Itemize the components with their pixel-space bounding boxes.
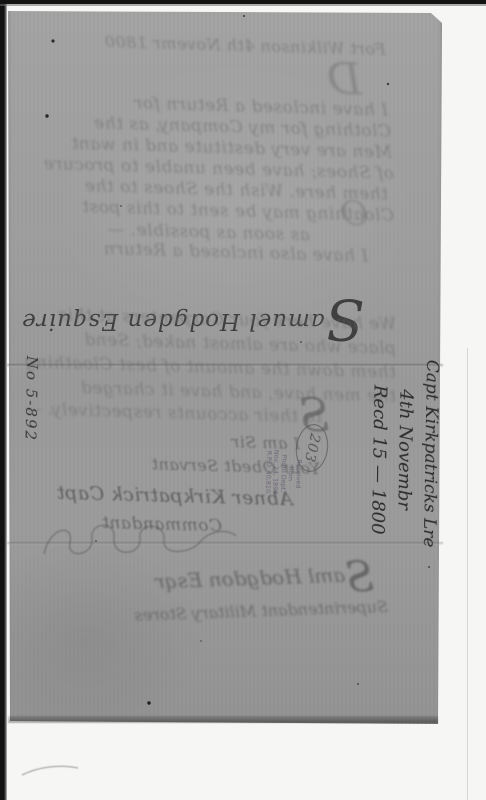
pencil-loop-flourish <box>40 516 240 562</box>
docket-sender-line: Capt Kirkpatricks Lre <box>415 360 445 600</box>
mirrored-address-capital: S <box>344 552 374 602</box>
scan-frame-left <box>0 0 7 800</box>
bleedthrough-loop-mark: O <box>339 194 368 235</box>
pencil-mark <box>20 760 82 780</box>
paper-bottom-edge <box>8 716 438 723</box>
received-stamp: Received from Photo Dept. Nov. 24, 1894.… <box>260 436 303 511</box>
docket-date-line: 4th Novembr <box>389 359 419 599</box>
scanned-document-view: Fort Wilkinson 4th Novemr 1800 D I have … <box>0 0 486 800</box>
bleedthrough-salutation-flourish: D <box>325 54 362 106</box>
archive-number: No 5-892 <box>21 356 41 488</box>
oval-stamp-number: 203 <box>301 432 323 465</box>
scan-frame-top-line <box>0 4 486 6</box>
sheet-edge-line <box>467 348 468 800</box>
